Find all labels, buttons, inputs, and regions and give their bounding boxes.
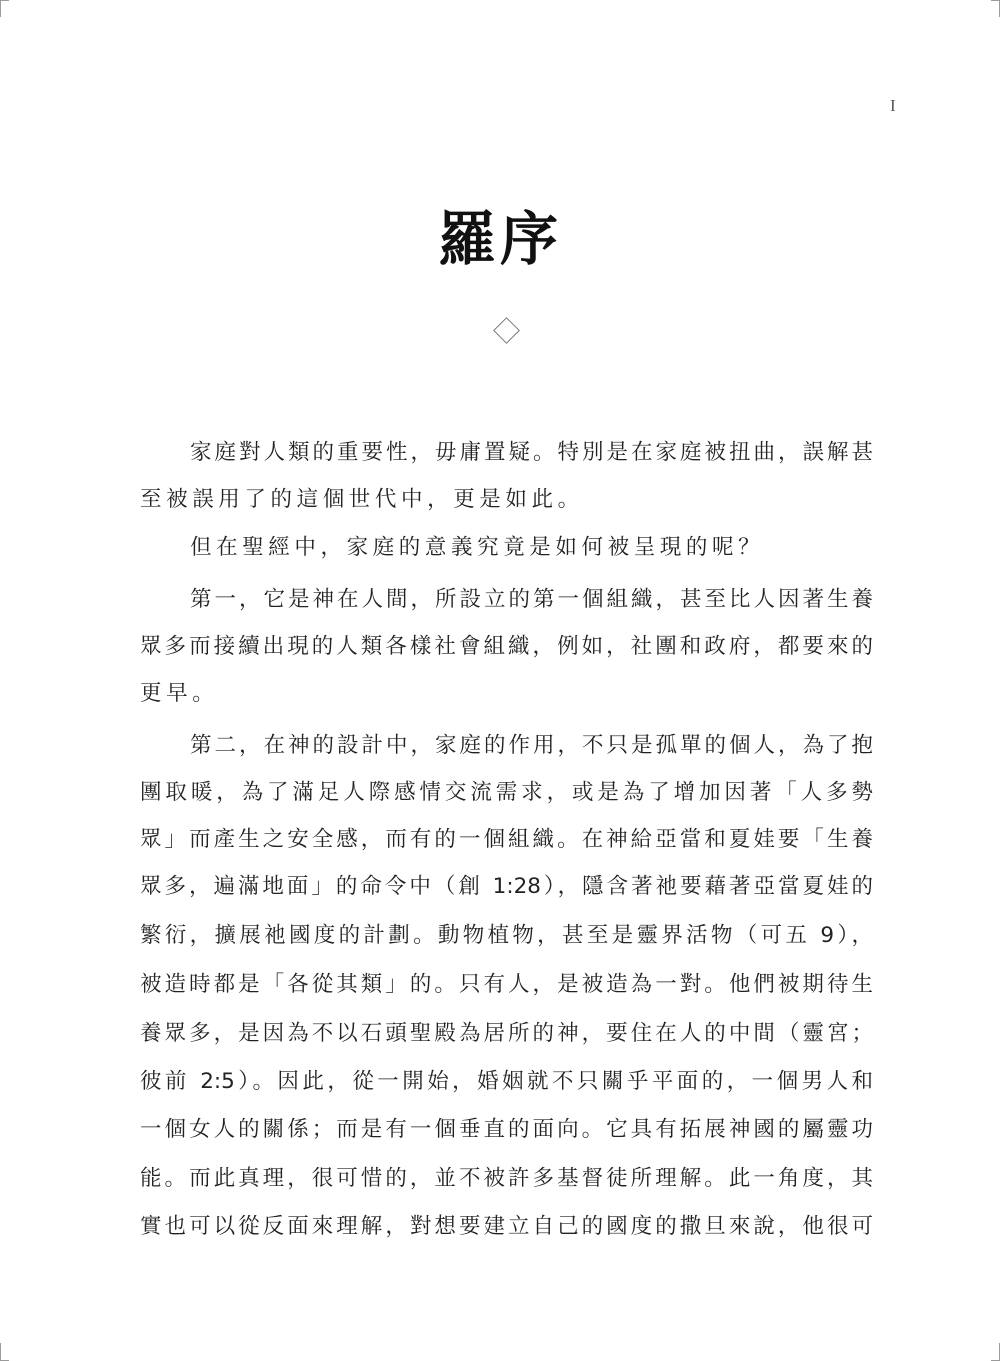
text-line: 能。而此真理，很可惜的，並不被許多基督徒所理解。此一角度，其 xyxy=(140,1164,873,1194)
text-line: 更早。 xyxy=(140,679,873,709)
text-line: 眾」而產生之安全感，而有的一個組織。在神給亞當和夏娃要「生養 xyxy=(140,825,873,855)
diamond-ornament-icon xyxy=(493,317,520,344)
text-line: 眾多而接續出現的人類各樣社會組織，例如，社團和政府，都要來的 xyxy=(140,632,873,662)
text-line: 彼前 2:5）。因此，從一開始，婚姻就不只關乎平面的，一個男人和 xyxy=(140,1067,873,1097)
page-number: I xyxy=(890,96,896,116)
text-line: 家庭對人類的重要性，毋庸置疑。特別是在家庭被扭曲，誤解甚 xyxy=(190,438,873,468)
crop-mark-top-left-v xyxy=(0,0,1,17)
chapter-title: 羅序 xyxy=(0,192,1000,276)
crop-mark-top-left-h xyxy=(0,0,9,1)
text-line: 第一，它是神在人間，所設立的第一個組織，甚至比人因著生養 xyxy=(190,585,873,615)
text-line: 養眾多，是因為不以石頭聖殿為居所的神，要住在人的中間（靈宮； xyxy=(140,1019,873,1049)
text-line: 但在聖經中，家庭的意義究竟是如何被呈現的呢？ xyxy=(190,533,873,563)
text-line: 眾多，遍滿地面」的命令中（創 1:28），隱含著祂要藉著亞當夏娃的 xyxy=(140,872,873,902)
text-line: 一個女人的關係；而是有一個垂直的面向。它具有拓展神國的屬靈功 xyxy=(140,1115,873,1145)
text-line: 團取暖，為了滿足人際感情交流需求，或是為了增加因著「人多勢 xyxy=(140,778,873,808)
crop-mark-bottom-left-v xyxy=(0,1343,1,1361)
text-line: 至被誤用了的這個世代中，更是如此。 xyxy=(140,485,873,515)
text-line: 繁衍，擴展祂國度的計劃。動物植物，甚至是靈界活物（可五 9）， xyxy=(140,921,873,951)
text-line: 實也可以從反面來理解，對想要建立自己的國度的撒旦來說，他很可 xyxy=(140,1212,873,1242)
text-line: 第二，在神的設計中，家庭的作用，不只是孤單的個人，為了抱 xyxy=(190,731,873,761)
text-line: 被造時都是「各從其類」的。只有人，是被造為一對。他們被期待生 xyxy=(140,970,873,1000)
